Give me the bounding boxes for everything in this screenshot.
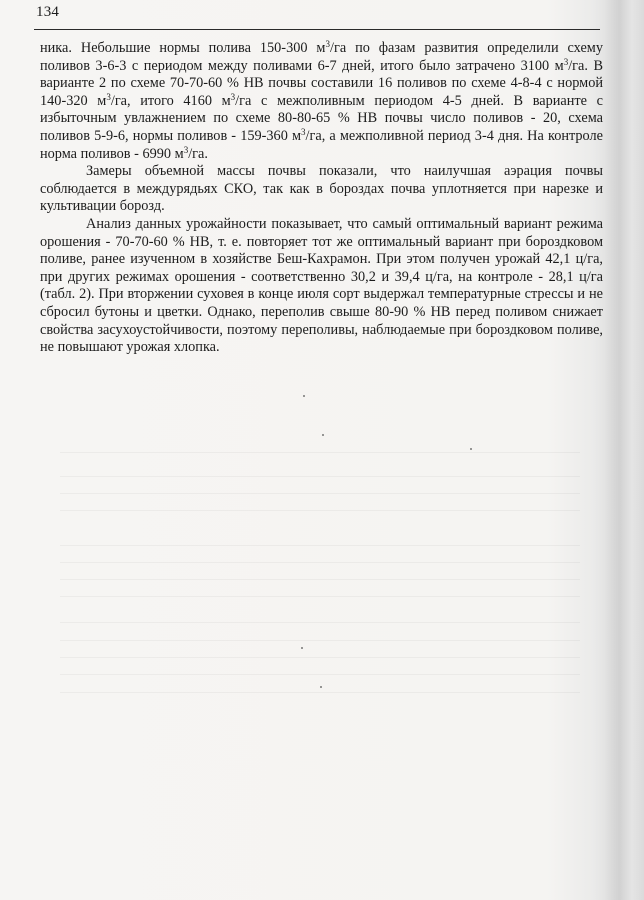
superscript: 3 (231, 92, 236, 102)
superscript: 3 (301, 127, 306, 137)
superscript: 3 (184, 145, 189, 155)
scanned-page: 134 ника. Небольшие нормы полива 150-300… (0, 0, 644, 900)
page-fold-shadow (604, 0, 644, 900)
paragraph-yield-analysis: Анализ данных урожайности показывает, чт… (40, 216, 603, 357)
paragraph-soil-aeration: Замеры объемной массы почвы показали, чт… (40, 163, 603, 216)
superscript: 3 (106, 92, 111, 102)
superscript: 3 (564, 57, 569, 67)
paragraph-irrigation-schemes: ника. Небольшие нормы полива 150-300 м3/… (40, 40, 603, 163)
page-number: 134 (36, 4, 59, 21)
header-rule (34, 29, 600, 30)
body-text: ника. Небольшие нормы полива 150-300 м3/… (40, 40, 603, 357)
superscript: 3 (325, 39, 330, 49)
